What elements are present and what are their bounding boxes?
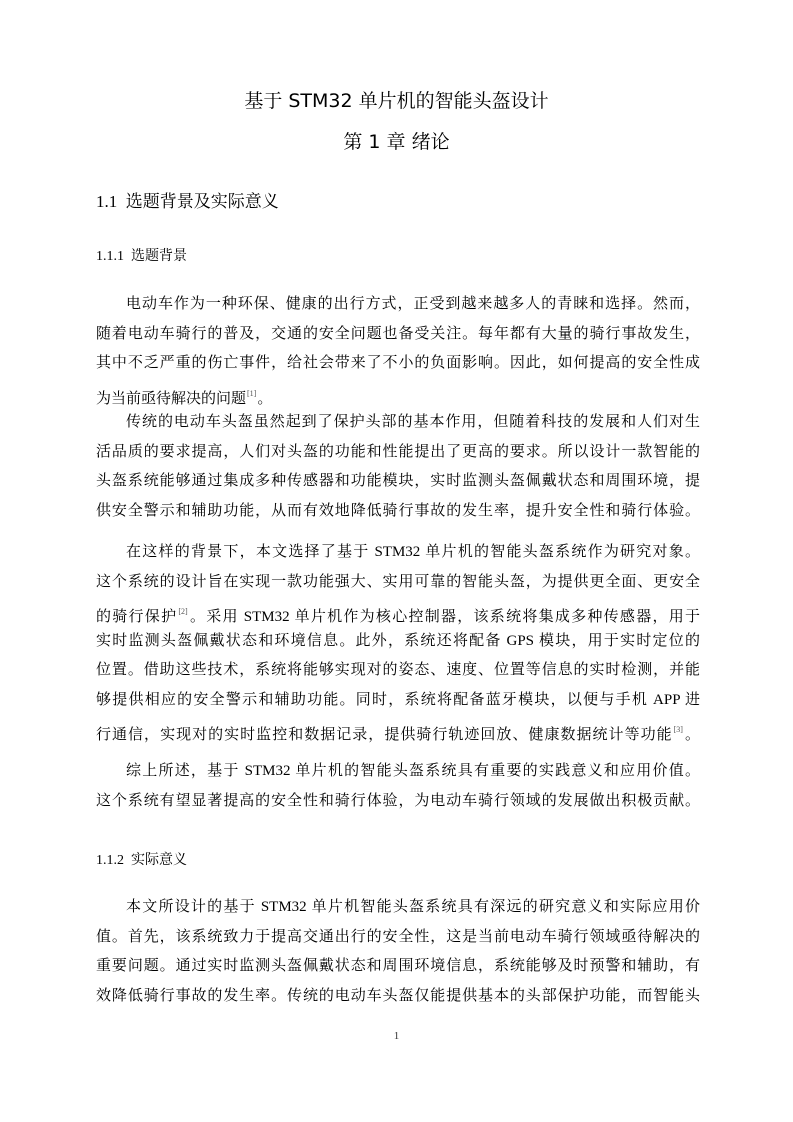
paragraph: 综上所述，基于 STM32 单片机的智能头盔系统具有重要的实践意义和应用价值。 …	[96, 757, 700, 816]
citation-ref[interactable]: [2]	[178, 607, 187, 616]
text-line: 够提供相应的安全警示和辅助功能。同时，系统将配备蓝牙模块，以便与手机 APP 进	[96, 686, 700, 716]
section-number: 1.1	[96, 192, 117, 211]
text-line: 为当前亟待解决的问题[1]。	[96, 379, 700, 409]
paragraph: 电动车作为一种环保、健康的出行方式，正受到越来越多人的青睐和选择。然而， 随着电…	[96, 290, 700, 408]
text-line: 随着电动车骑行的普及，交通的安全问题也备受关注。每年都有大量的骑行事故发生，	[96, 320, 700, 350]
text-line: 传统的电动车头盔虽然起到了保护头部的基本作用，但随着科技的发展和人们对生	[96, 408, 700, 438]
text-line: 供安全警示和辅助功能，从而有效地降低骑行事故的发生率，提升安全性和骑行体验。	[96, 497, 700, 527]
line-text: 为当前亟待解决的问题	[96, 391, 246, 407]
page-number: 1	[0, 1030, 793, 1042]
text-line: 行通信，实现对的实时监控和数据记录，提供骑行轨迹回放、健康数据统计等功能[3]。	[96, 715, 700, 745]
line-text: 行通信，实现对的实时监控和数据记录，提供骑行轨迹回放、健康数据统计等功能	[96, 727, 673, 743]
text-line: 实时监测头盔佩戴状态和环境信息。此外，系统还将配备 GPS 模块，用于实时定位的	[96, 627, 700, 657]
subsection-title: 实际意义	[131, 852, 187, 868]
paragraph: 本文所设计的基于 STM32 单片机智能头盔系统具有深远的研究意义和实际应用价 …	[96, 893, 700, 1011]
document-title: 基于 STM32 单片机的智能头盔设计	[0, 86, 793, 113]
paragraph: 在这样的背景下，本文选择了基于 STM32 单片机的智能头盔系统作为研究对象。 …	[96, 538, 700, 745]
section-title: 选题背景及实际意义	[126, 192, 279, 212]
text-line: 重要问题。通过实时监测头盔佩戴状态和周围环境信息，系统能够及时预警和辅助，有	[96, 952, 700, 982]
text-line: 这个系统的设计旨在实现一款功能强大、实用可靠的智能头盔，为提供更全面、更安全	[96, 568, 700, 598]
text-line: 的骑行保护[2]。采用 STM32 单片机作为核心控制器，该系统将集成多种传感器…	[96, 597, 700, 627]
text-line: 这个系统有望显著提高的安全性和骑行体验，为电动车骑行领域的发展做出积极贡献。	[96, 787, 700, 817]
citation-ref[interactable]: [3]	[674, 725, 683, 734]
line-text: 的骑行保护	[96, 609, 177, 625]
line-tail: 。	[684, 727, 700, 743]
text-line: 效降低骑行事故的发生率。传统的电动车头盔仅能提供基本的头部保护功能，而智能头	[96, 982, 700, 1012]
text-line: 本文所设计的基于 STM32 单片机智能头盔系统具有深远的研究意义和实际应用价	[96, 893, 700, 923]
text-line: 头盔系统能够通过集成多种传感器和功能模块，实时监测头盔佩戴状态和周围环境，提	[96, 467, 700, 497]
line-tail: 。	[257, 391, 272, 407]
text-line: 电动车作为一种环保、健康的出行方式，正受到越来越多人的青睐和选择。然而，	[96, 290, 700, 320]
text-line: 值。首先，该系统致力于提高交通出行的安全性，这是当前电动车骑行领域亟待解决的	[96, 923, 700, 953]
text-line: 其中不乏严重的伤亡事件，给社会带来了不小的负面影响。因此，如何提高的安全性成	[96, 349, 700, 379]
subsection-heading: 1.1.2 实际意义	[96, 849, 187, 869]
text-line: 综上所述，基于 STM32 单片机的智能头盔系统具有重要的实践意义和应用价值。	[96, 757, 700, 787]
document-page: 基于 STM32 单片机的智能头盔设计 第 1 章 绪论 1.1 选题背景及实际…	[0, 0, 793, 1122]
paragraph: 传统的电动车头盔虽然起到了保护头部的基本作用，但随着科技的发展和人们对生 活品质…	[96, 408, 700, 526]
subsection-number: 1.1.1	[96, 249, 124, 264]
text-line: 在这样的背景下，本文选择了基于 STM32 单片机的智能头盔系统作为研究对象。	[96, 538, 700, 568]
citation-ref[interactable]: [1]	[247, 389, 256, 398]
chapter-heading: 第 1 章 绪论	[0, 127, 793, 154]
line-text: 。采用 STM32 单片机作为核心控制器，该系统将集成多种传感器，用于	[189, 609, 700, 625]
section-heading: 1.1 选题背景及实际意义	[96, 187, 279, 212]
subsection-title: 选题背景	[131, 248, 187, 264]
subsection-number: 1.1.2	[96, 853, 124, 868]
text-line: 位置。借助这些技术，系统将能够实现对的姿态、速度、位置等信息的实时检测，并能	[96, 656, 700, 686]
subsection-heading: 1.1.1 选题背景	[96, 245, 187, 265]
text-line: 活品质的要求提高，人们对头盔的功能和性能提出了更高的要求。所以设计一款智能的	[96, 438, 700, 468]
